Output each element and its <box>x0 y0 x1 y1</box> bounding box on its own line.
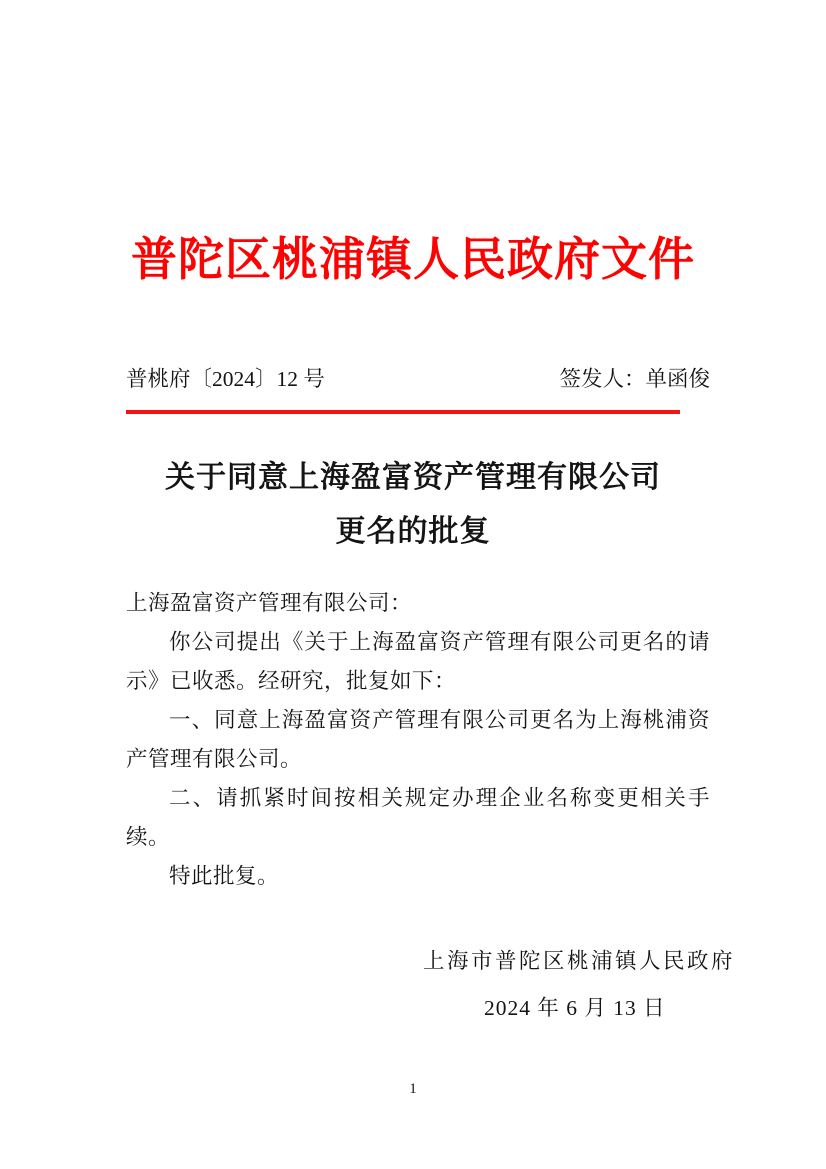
doc-number-row: 普桃府〔2024〕12 号 签发人：单函俊 <box>126 366 710 394</box>
body-paragraph: 二、请抓紧时间按相关规定办理企业名称变更相关手续。 <box>126 779 710 857</box>
body-paragraph: 一、同意上海盈富资产管理有限公司更名为上海桃浦资产管理有限公司。 <box>126 701 710 779</box>
document-title-line2: 更名的批复 <box>0 505 826 559</box>
issuer-label: 签发人：单函俊 <box>559 366 710 394</box>
signature-date: 2024 年 6 月 13 日 <box>484 995 666 1023</box>
recipient-line: 上海盈富资产管理有限公司： <box>126 584 710 623</box>
red-divider-rule <box>126 410 680 414</box>
document-body: 上海盈富资产管理有限公司： 你公司提出《关于上海盈富资产管理有限公司更名的请示》… <box>126 584 710 896</box>
letterhead-banner-title: 普陀区桃浦镇人民政府文件 <box>0 231 826 289</box>
document-page: 普陀区桃浦镇人民政府文件 普桃府〔2024〕12 号 签发人：单函俊 关于同意上… <box>0 0 826 1169</box>
body-paragraph: 你公司提出《关于上海盈富资产管理有限公司更名的请示》已收悉。经研究，批复如下： <box>126 623 710 701</box>
doc-number: 普桃府〔2024〕12 号 <box>126 366 325 394</box>
page-number: 1 <box>0 1081 826 1098</box>
closing-line: 特此批复。 <box>126 857 710 896</box>
signature-authority: 上海市普陀区桃浦镇人民政府 <box>423 948 735 976</box>
document-title: 关于同意上海盈富资产管理有限公司 更名的批复 <box>0 451 826 559</box>
document-title-line1: 关于同意上海盈富资产管理有限公司 <box>0 451 826 505</box>
